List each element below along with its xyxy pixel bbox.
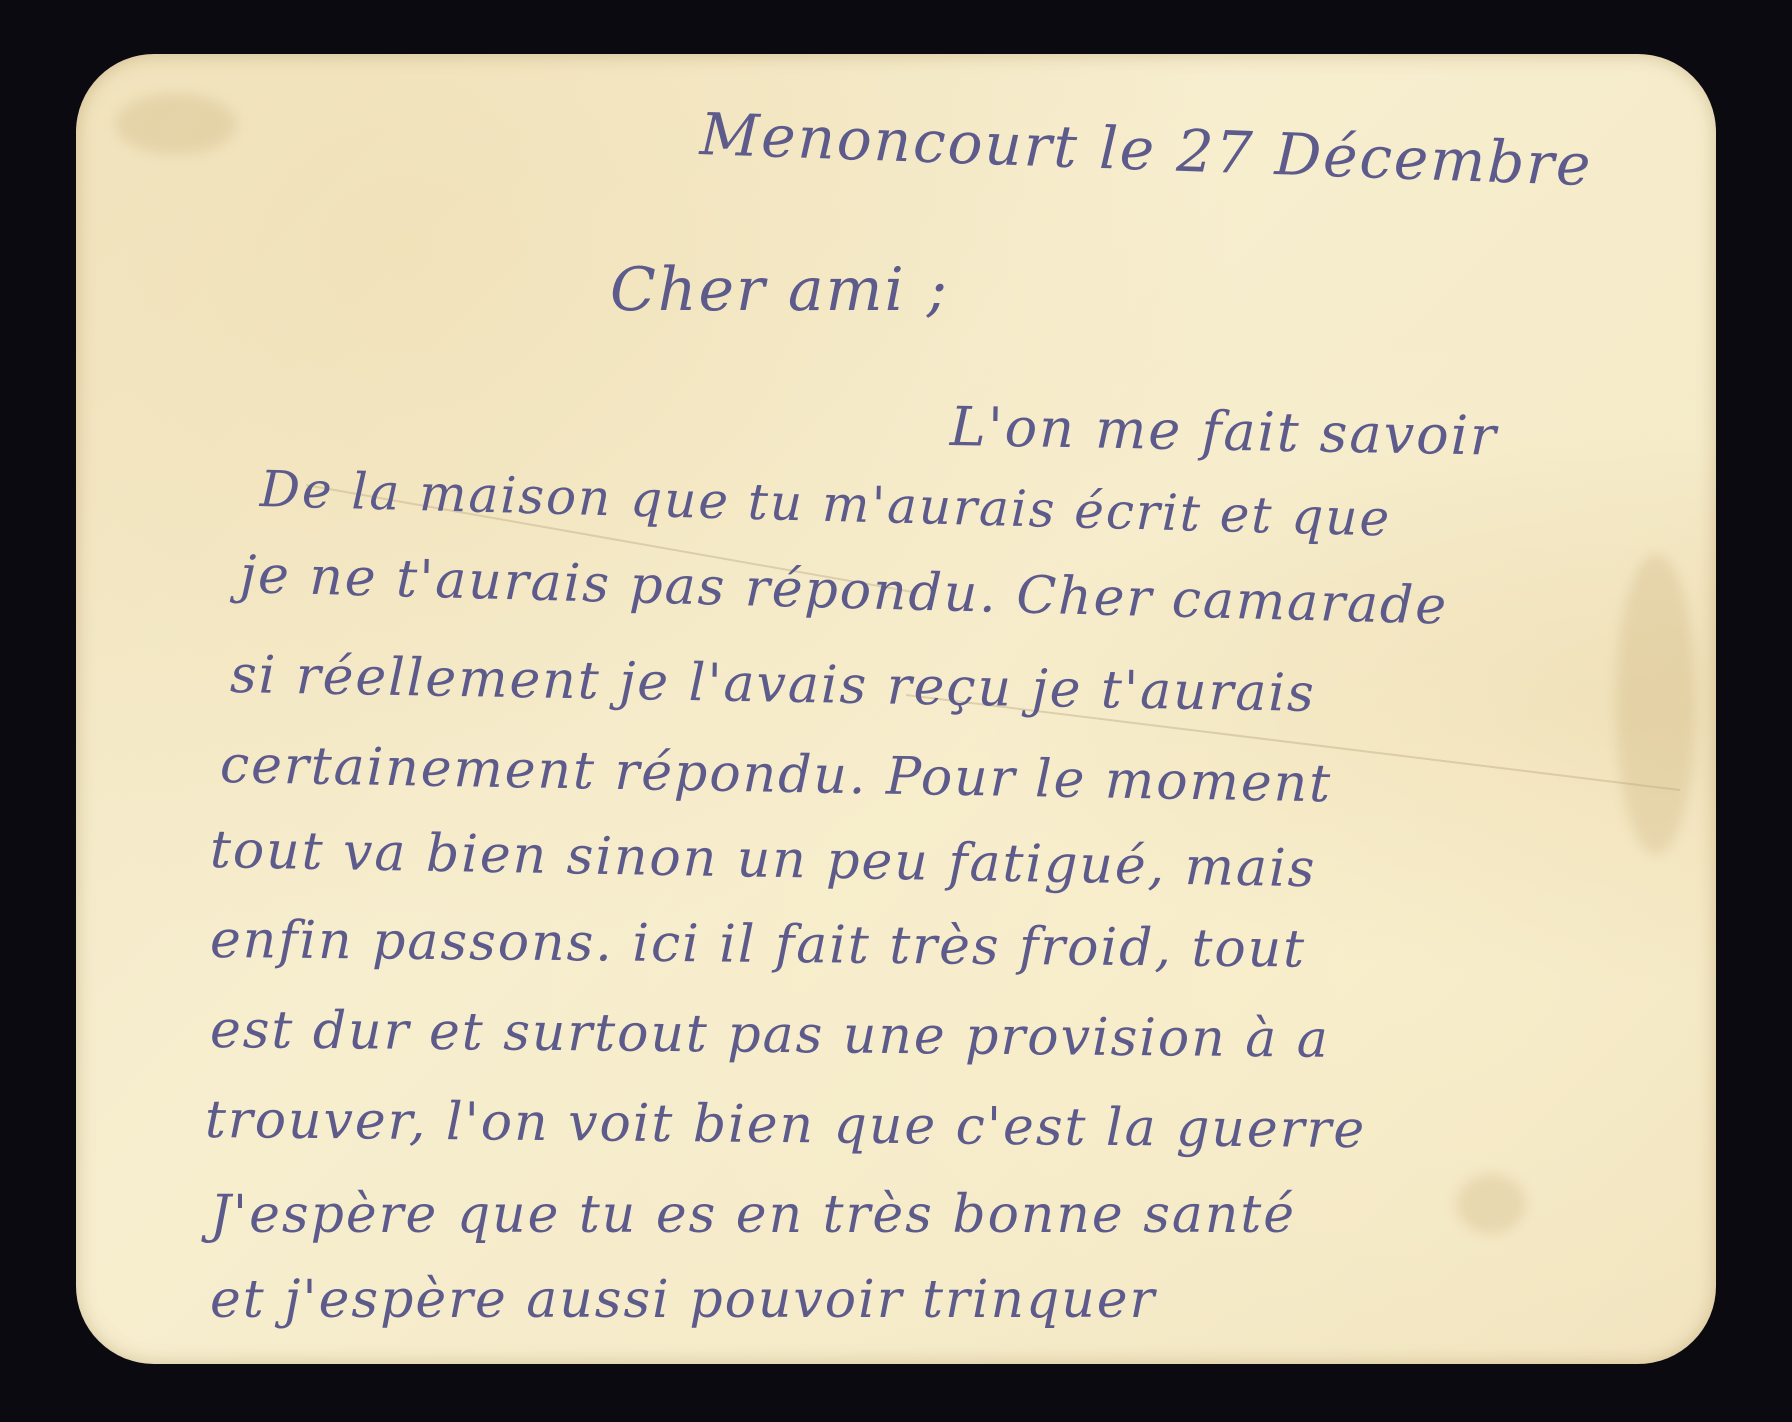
- paper-stain: [1456, 1174, 1526, 1234]
- salutation: Cher ami ;: [610, 255, 949, 325]
- paper-stain: [1616, 554, 1696, 854]
- body-line-1: L'on me fait savoir: [949, 395, 1498, 468]
- body-line-9: trouver, l'on voit bien que c'est la gue…: [205, 1090, 1367, 1160]
- body-line-8: est dur et surtout pas une provision à a: [210, 1000, 1330, 1070]
- paper-stain: [116, 94, 236, 154]
- body-line-7: enfin passons. ici il fait très froid, t…: [210, 910, 1307, 980]
- body-line-10: J'espère que tu es en très bonne santé: [210, 1185, 1296, 1245]
- body-line-11: et j'espère aussi pouvoir trinquer: [210, 1270, 1156, 1330]
